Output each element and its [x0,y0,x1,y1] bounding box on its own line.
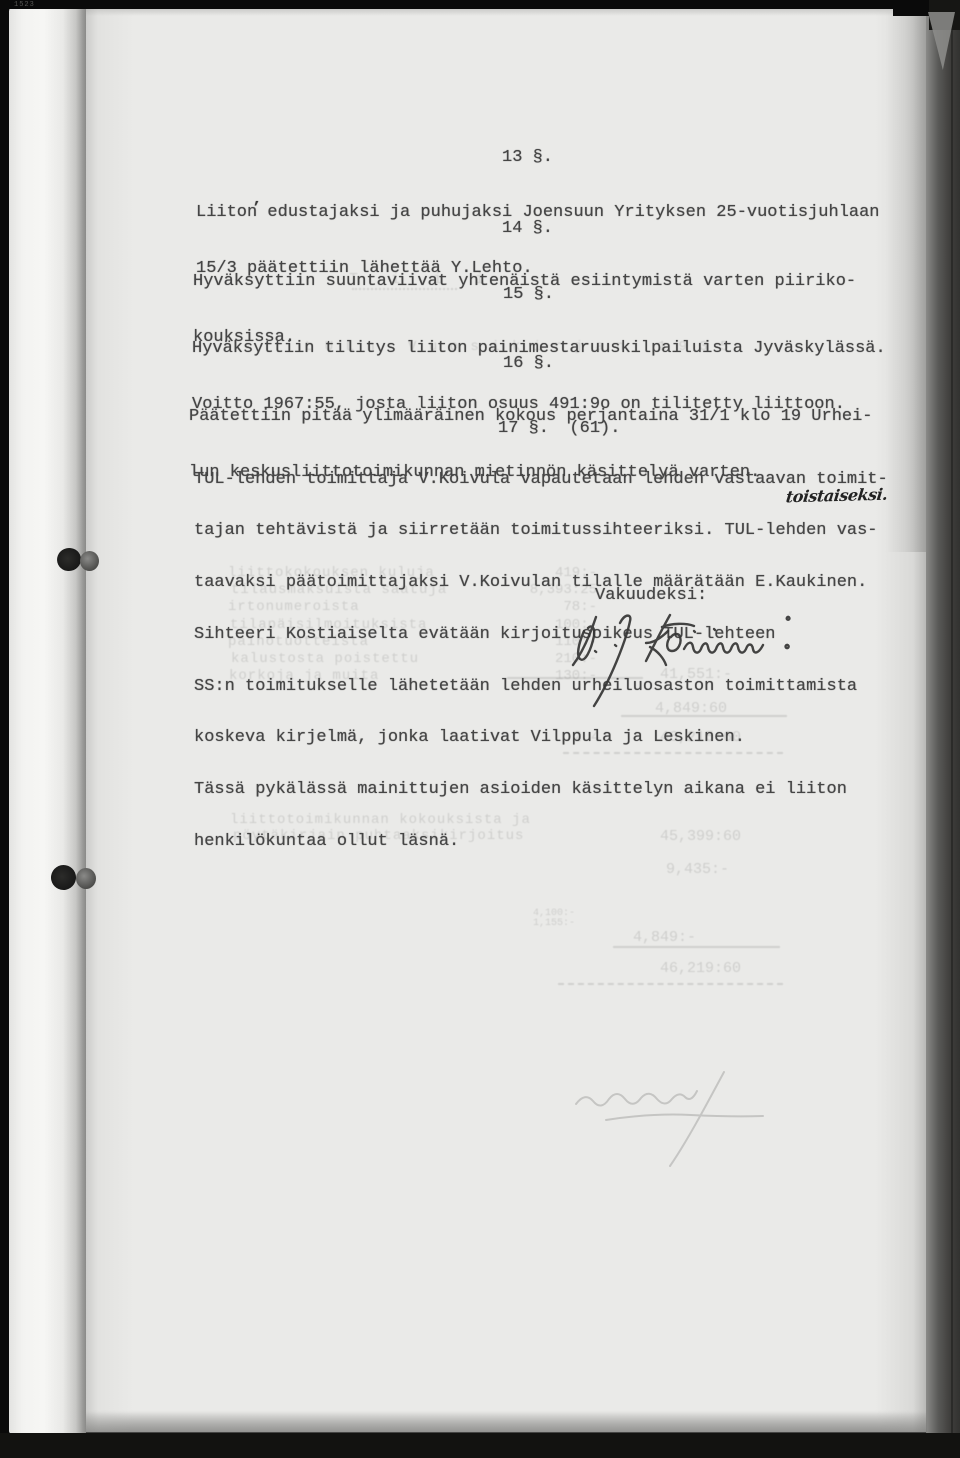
bleedthrough-rule [558,983,783,985]
text-line: koskeva kirjelmä, jonka laativat Vilppul… [194,729,888,746]
handwritten-addition: toistaiseksi. [785,485,889,507]
section-heading-13: 13 §. [502,148,553,167]
text-line: tajan tehtävistä ja siirretään toimituss… [194,522,888,539]
page-bottom-shadow [86,1412,927,1433]
scanned-minutes-page: 1523 T i i i t U L n V u o s i k i r j a… [0,0,960,1458]
text-line: henkilökuntaa ollut läsnä. [194,833,888,850]
section-heading-15: 15 §. [503,285,554,304]
book-edge-band [926,0,960,1458]
punch-hole-bottom-right [76,868,96,889]
scan-border-left [0,0,9,1458]
bleedthrough-rule [613,946,780,948]
faint-pencil-scribble [572,1058,787,1178]
page-curl-shadow [886,12,927,552]
bleedthrough-sum: 4,849:- [633,929,696,946]
underlying-page-edge [9,6,86,1434]
bleedthrough-sum: 46,219:60 [660,960,741,977]
handwritten-signature [558,603,808,718]
text-line: Tässä pykälässä mainittujen asioiden käs… [194,781,888,798]
text-line: taavaksi päätoimittajaksi V.Koivulan til… [194,574,888,591]
scan-border-top [0,0,960,9]
scanner-frame-number: 1523 [14,1,35,9]
stray-type-mark: ’ [252,200,261,217]
punch-hole-top-right [80,551,99,571]
text-line: TUL-lehden toimittaja V.Koivula vapautet… [194,471,888,488]
scan-border-bottom [0,1433,960,1458]
bleedthrough-small-row: 1,155:- [533,918,575,929]
book-edge-streak [951,0,953,1458]
